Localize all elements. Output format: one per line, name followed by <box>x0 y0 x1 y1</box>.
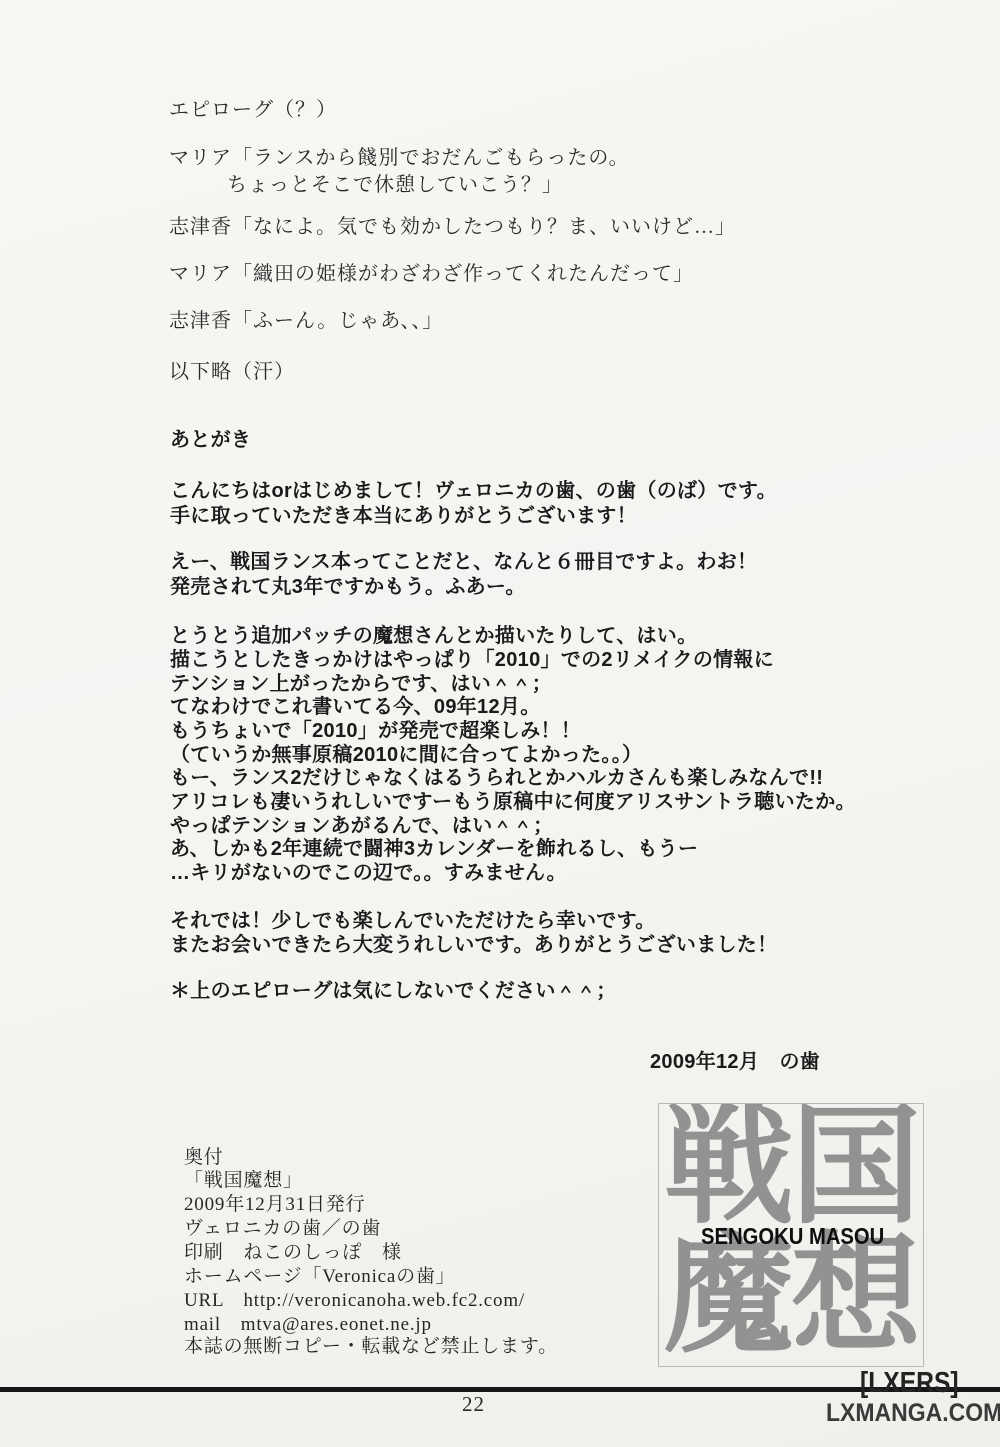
watermark-site-url: LXMANGA.COM <box>826 1399 1000 1428</box>
epilogue-line: 以下略（汗） <box>169 355 295 384</box>
logo-romaji-text: SENGOKU MASOU <box>701 1223 884 1250</box>
colophon-url: URL http://veronicanoha.web.fc2.com/ <box>184 1285 525 1312</box>
footer-rule <box>0 1387 1000 1392</box>
colophon-homepage: ホームページ「Veronicaの歯」 <box>184 1261 456 1288</box>
colophon-title: 「戦国魔想」 <box>184 1165 303 1192</box>
page-number: 22 <box>462 1392 485 1417</box>
sengoku-masou-logo: 戦国 魔想 SENGOKU MASOU <box>658 1103 924 1367</box>
colophon-copyright-note: 本誌の無断コピー・転載など禁止します。 <box>184 1331 558 1358</box>
epilogue-line: 志津香「ふーん。じゃあ、、」 <box>169 304 443 333</box>
watermark-tag: [LXERS] <box>860 1367 959 1400</box>
epilogue-title: エピローグ（？） <box>169 93 337 122</box>
afterword-line: …キリがないのでこの辺で。。すみません。 <box>170 856 567 885</box>
epilogue-line: 志津香「なによ。気でも効かしたつもり？ま、いいけど…」 <box>169 210 736 239</box>
afterword-note: ＊上のエピローグは気にしないでください＾＾； <box>170 974 617 1003</box>
afterword-line: 手に取っていただき本当にありがとうございます！ <box>170 499 637 528</box>
epilogue-line: マリア「織田の姫様がわざわざ作ってくれたんだって」 <box>169 257 694 286</box>
afterword-signature: 2009年12月 の歯 <box>650 1045 820 1074</box>
colophon-printer: 印刷 ねこのしっぽ 様 <box>184 1237 402 1264</box>
colophon-publish-date: 2009年12月31日発行 <box>184 1189 365 1216</box>
afterword-heading: あとがき <box>170 423 251 452</box>
epilogue-line: ちょっとそこで休憩していこう？」 <box>227 168 563 197</box>
afterword-line: 発売されて丸3年ですかもう。ふあー。 <box>170 570 526 599</box>
epilogue-line: マリア「ランスから餞別でおだんごもらったの。 <box>169 141 630 170</box>
logo-kanji-row-top: 戦国 <box>659 1104 923 1233</box>
scanned-doujin-page: エピローグ（？） マリア「ランスから餞別でおだんごもらったの。 ちょっとそこで休… <box>0 0 1000 1447</box>
colophon-circle-author: ヴェロニカの歯／の歯 <box>184 1213 381 1240</box>
logo-kanji-row-bottom: 魔想 <box>659 1233 923 1362</box>
afterword-line: またお会いできたら大変うれしいです。ありがとうございました！ <box>170 928 777 957</box>
